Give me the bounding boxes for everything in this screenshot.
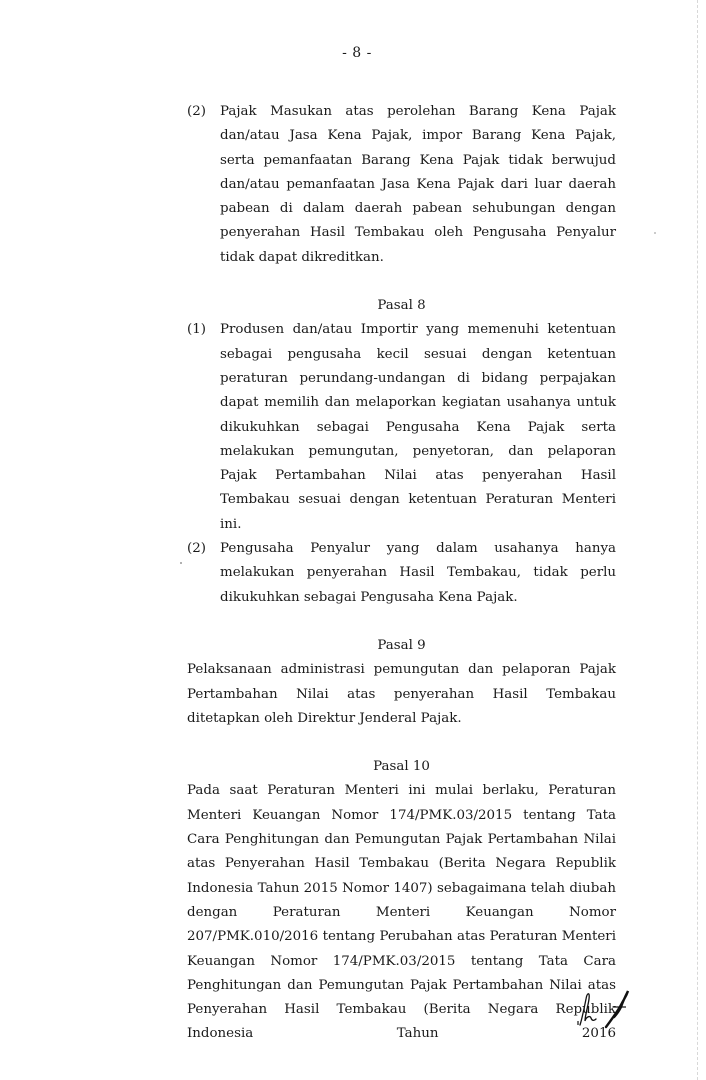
document-body: (2) Pajak Masukan atas perolehan Barang …	[187, 100, 616, 1047]
page-number: - 8 -	[0, 45, 706, 61]
pasal10-text: Pada saat Peraturan Menteri ini mulai be…	[187, 779, 616, 1046]
pasal8-item-1: (1) Produsen dan/atau Importir yang meme…	[187, 318, 616, 537]
item-number: (1)	[187, 318, 206, 342]
item-text: Pajak Masukan atas perolehan Barang Kena…	[220, 100, 616, 270]
pasal8-title: Pasal 8	[187, 294, 616, 318]
section-gap	[187, 270, 616, 294]
section-gap	[187, 610, 616, 634]
scan-edge-border	[697, 0, 698, 1080]
pasal7-item-2: (2) Pajak Masukan atas perolehan Barang …	[187, 100, 616, 270]
pasal10-title: Pasal 10	[187, 755, 616, 779]
section-gap	[187, 731, 616, 755]
scan-speck	[180, 562, 182, 564]
scan-speck	[654, 232, 656, 234]
item-text: Pengusaha Penyalur yang dalam usahanya h…	[220, 537, 616, 610]
pasal9-text: Pelaksanaan administrasi pemungutan dan …	[187, 658, 616, 731]
pasal9-title: Pasal 9	[187, 634, 616, 658]
handwritten-initials-icon	[568, 985, 638, 1030]
pasal8-item-2: (2) Pengusaha Penyalur yang dalam usahan…	[187, 537, 616, 610]
item-number: (2)	[187, 537, 206, 561]
item-number: (2)	[187, 100, 206, 124]
item-text: Produsen dan/atau Importir yang memenuhi…	[220, 318, 616, 537]
